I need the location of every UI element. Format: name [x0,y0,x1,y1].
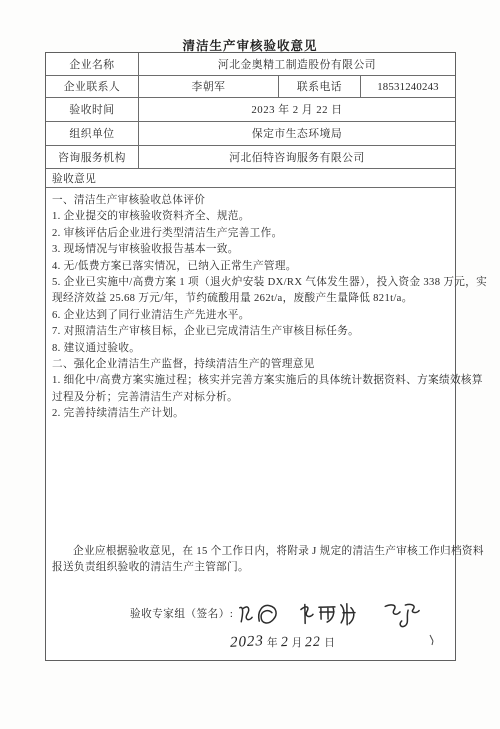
opinion-line: 1. 企业提交的审核验收资料齐全、规范。 [52,209,448,225]
opinion-line: 4. 无/低费方案已落实情况，已纳入正常生产管理。 [52,259,448,275]
handwritten-year: 2023 [230,633,265,652]
scanned-document-page: { "title": "清洁生产审核验收意见", "info_table": {… [0,0,500,729]
organizer-label: 组织单位 [46,122,139,145]
month-unit: 月 [292,635,303,650]
opinion-line: 7. 对照清洁生产审核目标，企业已完成清洁生产审核目标任务。 [52,324,448,340]
table-row: 咨询服务机构 河北佰特咨询服务有限公司 [46,146,455,169]
stray-ink-mark [428,633,436,645]
opinion-line: 二、强化企业清洁生产监督，持续清洁生产的管理意见 [52,357,448,373]
phone-label: 联系电话 [279,76,361,97]
opinion-line: 5. 企业已实施中/高费方案 1 项（退火炉安装 DX/RX 气体发生器），投入… [52,275,448,291]
acceptance-time-label: 验收时间 [46,98,139,121]
footer-instruction-line: 企业应根据验收意见，在 15 个工作日内，将附录 J 规定的清洁生产审核工作归档… [52,544,448,561]
opinion-line: 2. 审核评估后企业进行类型清洁生产完善工作。 [52,226,448,242]
signature-label: 验收专家组（签名）: [130,606,233,621]
handwritten-month: 2 [280,635,289,651]
blank-space [52,423,448,544]
opinion-line: 3. 现场情况与审核验收报告基本一致。 [52,242,448,258]
acceptance-form-table: 企业名称 河北金奥精工制造股份有限公司 企业联系人 李朝军 联系电话 18531… [45,52,456,661]
opinion-line: 2. 完善持续清洁生产计划。 [52,406,448,422]
handwritten-signature-1 [237,598,288,630]
opinion-line: 过程及分析；完善清洁生产对标分析。 [52,390,448,406]
opinion-line: 1. 细化中/高费方案实施过程；核实并完善方案实施后的具体统计数据资料、方案绩效… [52,373,448,389]
opinion-content-cell: 一、清洁生产审核验收总体评价 1. 企业提交的审核验收资料齐全、规范。 2. 审… [46,188,455,660]
opinion-section-label: 验收意见 [46,171,96,186]
year-unit: 年 [267,635,278,650]
enterprise-name-label: 企业名称 [46,53,139,75]
consultant-value: 河北佰特咨询服务有限公司 [139,146,455,168]
enterprise-name-value: 河北金奥精工制造股份有限公司 [139,53,455,75]
phone-value: 18531240243 [361,76,455,97]
organizer-value: 保定市生态环境局 [139,122,455,145]
opinion-line: 一、清洁生产审核验收总体评价 [52,193,448,209]
opinion-line: 现经济效益 25.68 万元/年，节约硫酸用量 262t/a，废酸产生量降低 8… [52,291,448,307]
table-row: 组织单位 保定市生态环境局 [46,122,455,146]
handwritten-date: 2023 年 2 月 22 日 [230,634,448,651]
opinion-section-row: 验收意见 [46,169,455,188]
opinion-line: 6. 企业达到了同行业清洁生产先进水平。 [52,308,448,324]
contact-name-value: 李朝军 [139,76,279,97]
handwritten-signature-3 [381,597,426,631]
acceptance-time-value: 2023 年 2 月 22 日 [139,98,455,121]
handwritten-signature-2 [297,598,364,629]
table-row: 验收时间 2023 年 2 月 22 日 [46,98,455,122]
table-row: 企业名称 河北金奥精工制造股份有限公司 [46,53,455,76]
signature-row: 验收专家组（签名）: [52,596,448,632]
table-row: 企业联系人 李朝军 联系电话 18531240243 [46,76,455,98]
day-unit: 日 [324,635,335,650]
opinion-line: 8. 建议通过验收。 [52,341,448,357]
contact-label: 企业联系人 [46,76,139,97]
footer-instruction-line: 报送负责组织验收的清洁生产主管部门。 [52,560,448,577]
consultant-label: 咨询服务机构 [46,146,139,168]
handwritten-day: 22 [305,634,322,651]
